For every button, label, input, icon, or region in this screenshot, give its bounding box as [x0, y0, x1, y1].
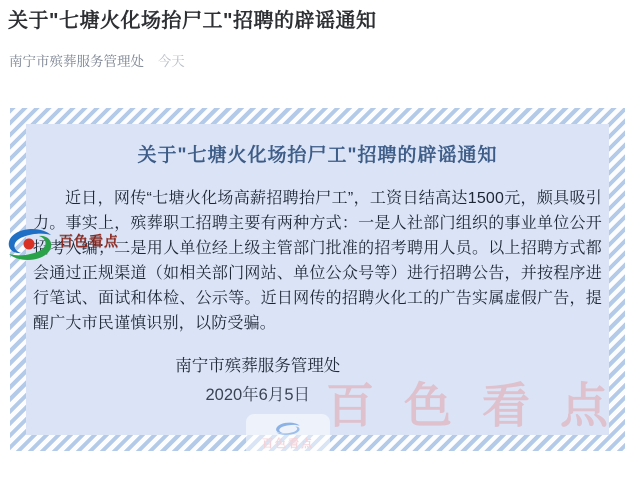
article-page: 关于"七塘火化场抬尸工"招聘的辟谣通知 南宁市殡葬服务管理处 今天 关于"七塘火…: [0, 0, 640, 478]
byline-author[interactable]: 南宁市殡葬服务管理处: [9, 54, 144, 69]
page-title: 关于"七塘火化场抬尸工"招聘的辟谣通知: [8, 8, 628, 34]
byline: 南宁市殡葬服务管理处 今天: [9, 54, 185, 70]
notice-date: 2020年6月5日: [33, 381, 483, 410]
notice-body-paragraph: 近日，网传“七塘火化场高薪招聘抬尸工”，工资日结高达1500元，颇具吸引力。事实…: [33, 186, 602, 336]
notice-title: 关于"七塘火化场抬尸工"招聘的辟谣通知: [33, 144, 602, 168]
byline-timestamp: 今天: [158, 54, 185, 69]
notice-image-card: 关于"七塘火化场抬尸工"招聘的辟谣通知 近日，网传“七塘火化场高薪招聘抬尸工”，…: [10, 108, 625, 451]
notice-inner: 关于"七塘火化场抬尸工"招聘的辟谣通知 近日，网传“七塘火化场高薪招聘抬尸工”，…: [26, 124, 609, 435]
notice-signature: 南宁市殡葬服务管理处: [33, 352, 483, 381]
notice-signature-block: 南宁市殡葬服务管理处 2020年6月5日: [33, 352, 483, 410]
